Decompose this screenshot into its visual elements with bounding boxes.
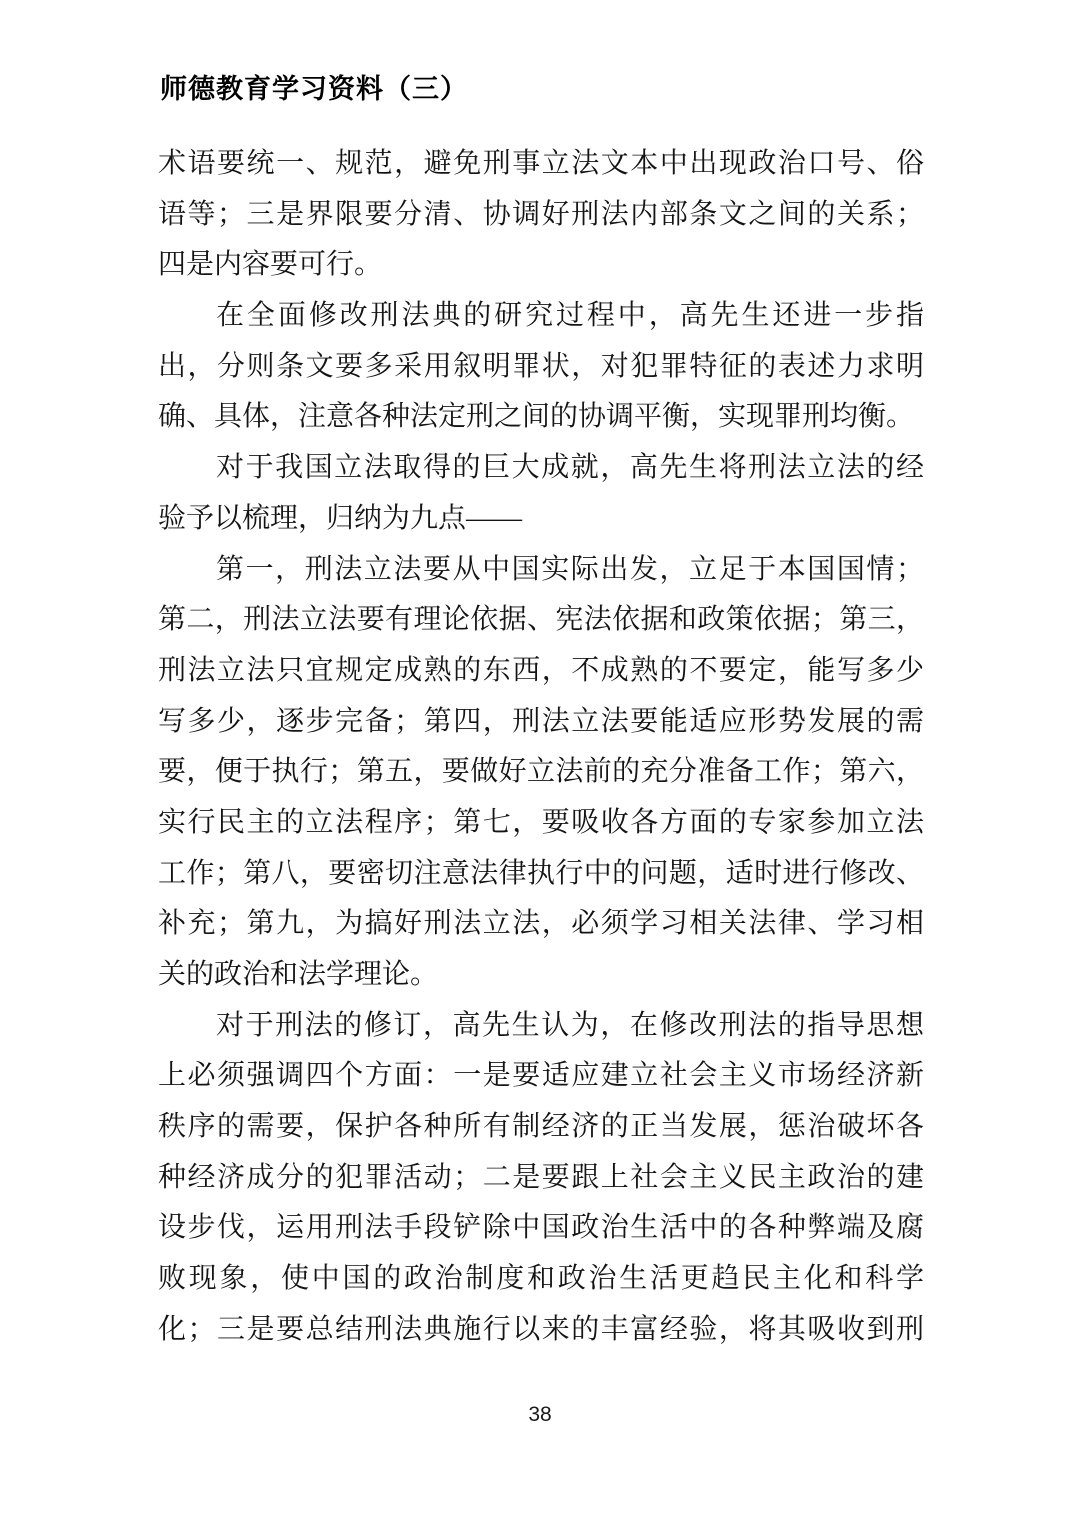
document-header: 师德教育学习资料（三） [160, 72, 926, 106]
document-body: 术语要统一、规范，避免刑事立法文本中出现政治口号、俗语等；三是界限要分清、协调好… [158, 139, 924, 1356]
text-line: 第一，刑法立法要从中国实际出发，立足于本国国情； [158, 545, 924, 596]
text-line: 出，分则条文要多采用叙明罪状，对犯罪特征的表述力求明 [158, 342, 924, 393]
text-line: 四是内容要可行。 [158, 240, 924, 291]
paragraph: 在全面修改刑法典的研究过程中，高先生还进一步指出，分则条文要多采用叙明罪状，对犯… [158, 291, 924, 443]
text-line: 对于刑法的修订，高先生认为，在修改刑法的指导思想 [158, 1001, 924, 1052]
text-line: 写多少，逐步完备；第四，刑法立法要能适应形势发展的需 [158, 697, 924, 748]
text-line: 上必须强调四个方面：一是要适应建立社会主义市场经济新 [158, 1051, 924, 1102]
text-line: 补充；第九，为搞好刑法立法，必须学习相关法律、学习相 [158, 899, 924, 950]
text-line: 秩序的需要，保护各种所有制经济的正当发展，惩治破坏各 [158, 1102, 924, 1153]
text-line: 刑法立法只宜规定成熟的东西，不成熟的不要定，能写多少 [158, 646, 924, 697]
text-line: 在全面修改刑法典的研究过程中，高先生还进一步指 [158, 291, 924, 342]
text-line: 实行民主的立法程序；第七，要吸收各方面的专家参加立法 [158, 798, 924, 849]
text-line: 种经济成分的犯罪活动；二是要跟上社会主义民主政治的建 [158, 1153, 924, 1204]
text-line: 确、具体，注意各种法定刑之间的协调平衡，实现罪刑均衡。 [158, 392, 924, 443]
text-line: 工作；第八，要密切注意法律执行中的问题，适时进行修改、 [158, 849, 924, 900]
text-line: 关的政治和法学理论。 [158, 950, 924, 1001]
text-line: 第二，刑法立法要有理论依据、宪法依据和政策依据；第三， [158, 595, 924, 646]
text-line: 对于我国立法取得的巨大成就，高先生将刑法立法的经 [158, 443, 924, 494]
text-line: 验予以梳理，归纳为九点—— [158, 494, 924, 545]
paragraph: 对于我国立法取得的巨大成就，高先生将刑法立法的经验予以梳理，归纳为九点—— [158, 443, 924, 544]
paragraph: 对于刑法的修订，高先生认为，在修改刑法的指导思想上必须强调四个方面：一是要适应建… [158, 1001, 924, 1356]
document-page: 师德教育学习资料（三） 术语要统一、规范，避免刑事立法文本中出现政治口号、俗语等… [0, 0, 1080, 1527]
text-line: 设步伐，运用刑法手段铲除中国政治生活中的各种弊端及腐 [158, 1203, 924, 1254]
text-line: 化；三是要总结刑法典施行以来的丰富经验，将其吸收到刑 [158, 1305, 924, 1356]
text-line: 要，便于执行；第五，要做好立法前的充分准备工作；第六， [158, 747, 924, 798]
page-number: 38 [0, 1403, 1080, 1427]
paragraph: 术语要统一、规范，避免刑事立法文本中出现政治口号、俗语等；三是界限要分清、协调好… [158, 139, 924, 291]
text-line: 败现象，使中国的政治制度和政治生活更趋民主化和科学 [158, 1254, 924, 1305]
text-line: 语等；三是界限要分清、协调好刑法内部条文之间的关系； [158, 190, 924, 241]
text-line: 术语要统一、规范，避免刑事立法文本中出现政治口号、俗 [158, 139, 924, 190]
paragraph: 第一，刑法立法要从中国实际出发，立足于本国国情；第二，刑法立法要有理论依据、宪法… [158, 545, 924, 1001]
